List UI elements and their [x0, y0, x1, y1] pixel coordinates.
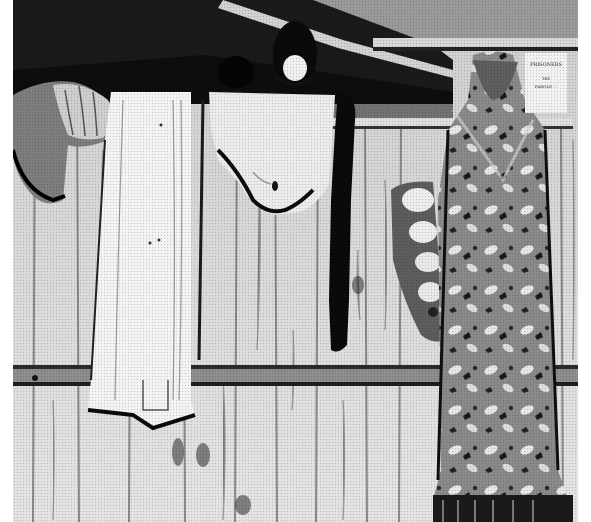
- halftone-overlay: [13, 0, 578, 522]
- photograph: PRISONERS THE PAROLE ...: [13, 0, 578, 522]
- photo-svg: PRISONERS THE PAROLE ...: [13, 0, 578, 522]
